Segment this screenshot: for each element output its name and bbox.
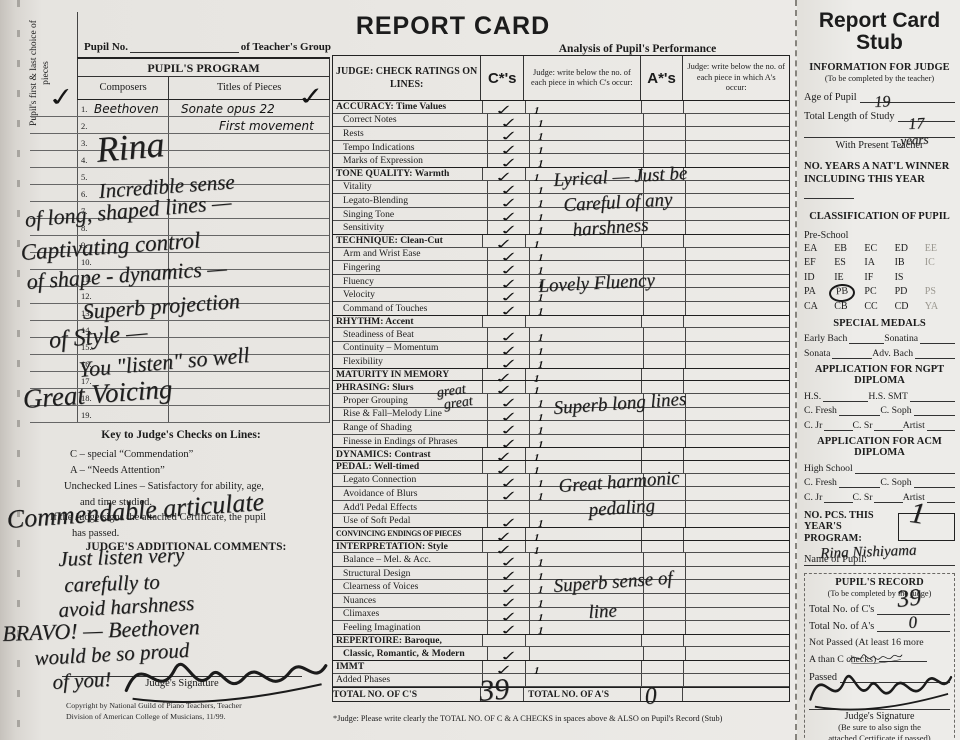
blank-row: High School (804, 462, 955, 474)
piece-number-mark: 1 (538, 519, 544, 530)
c-occur-cell: 1 (525, 381, 641, 393)
margin-rule (30, 100, 77, 116)
row-number: 15. (78, 340, 94, 354)
a-check-cell (643, 408, 685, 421)
piece-number-mark: 1 (538, 293, 544, 304)
rating-label: Fingering (333, 262, 487, 273)
rating-row: Vitality✓1 (333, 181, 789, 195)
piece-number-mark: 1 (534, 545, 540, 556)
margin-rule (30, 406, 77, 422)
c-check-cell: ✓ (487, 580, 529, 593)
a-occur-cell (685, 248, 789, 261)
classification-code: CB (834, 301, 864, 313)
a-occur-cell (685, 355, 789, 368)
piece-number-mark: 1 (538, 132, 544, 143)
blank-line (927, 491, 955, 503)
piece-number-mark: 1 (538, 213, 544, 224)
c-occur-cell: 1 (529, 553, 643, 566)
blank-row-label: Artist (903, 492, 925, 503)
program-row: 13. (30, 304, 329, 321)
title-cell (168, 304, 329, 320)
blank-line (910, 390, 955, 402)
c-check-cell: ✓ (487, 514, 529, 527)
piece-number-mark: 1 (538, 492, 544, 503)
classification-code: IB (895, 257, 925, 269)
a-occur-cell (685, 394, 789, 407)
c-occur-cell: 1 (529, 221, 643, 234)
classification-code: EA (804, 243, 834, 255)
age-line: Age of Pupil (804, 90, 955, 103)
piece-number-mark: 1 (534, 666, 540, 677)
c-occur-cell: 1 (529, 594, 643, 607)
rating-row: Tempo Indications✓1 (333, 141, 789, 155)
classification-code: IE (834, 272, 864, 284)
rating-label: Added Phases (333, 674, 482, 685)
total-c-label: TOTAL NO. OF C'S (333, 689, 480, 700)
rating-label: Finesse in Endings of Phrases (333, 436, 487, 447)
classification-code (925, 272, 955, 284)
blank-row-label: Adv. Bach (872, 348, 913, 359)
row-number: 2. (78, 119, 94, 133)
c-occur-cell: 1 (529, 608, 643, 621)
rating-row: Command of Touches✓1 (333, 302, 789, 316)
c-occur-cell: 1 (529, 435, 643, 448)
a-occur-cell (685, 302, 789, 315)
rating-label: Vitality (333, 181, 487, 192)
a-check-cell (641, 541, 684, 553)
program-row: 1.BeethovenSonate opus 22 (30, 100, 329, 117)
composer-cell: 9. (77, 236, 168, 252)
composer-cell: 3. (77, 134, 168, 150)
c-occur-cell: 1 (529, 580, 643, 593)
a-check-cell (643, 194, 685, 207)
a-occur-cell (685, 342, 789, 355)
key-line: has passed. (72, 526, 334, 542)
title-cell (168, 253, 329, 269)
c-check-cell: ✓ (487, 328, 529, 341)
a-check-cell (641, 316, 684, 328)
rating-label: Singing Tone (333, 209, 487, 220)
rating-label: Continuity – Momentum (333, 342, 487, 353)
rating-row: Balance – Mel. & Acc.✓1 (333, 553, 789, 567)
classification-code: CC (864, 301, 894, 313)
info-for-judge-title: INFORMATION FOR JUDGE (804, 62, 955, 74)
ratings-header-label: JUDGE: CHECK RATINGS ON LINES: (333, 56, 480, 100)
margin-rule (30, 219, 77, 235)
blank-line (915, 347, 955, 359)
program-row: 11. (30, 270, 329, 287)
a-occur-cell (685, 487, 789, 500)
title-cell (168, 372, 329, 388)
c-check-cell: ✓ (482, 448, 525, 460)
c-occur-cell: 1 (525, 461, 641, 473)
blank-row: SonataAdv. Bach (804, 347, 955, 359)
c-occur-cell: 1 (529, 408, 643, 421)
blank-row: C. JrC. SrArtist (804, 491, 955, 503)
c-check-cell: ✓ (487, 594, 529, 607)
record-total-a: Total No. of A's (809, 619, 950, 632)
program-row: 9. (30, 236, 329, 253)
a-occur-cell (685, 553, 789, 566)
rating-row: Singing Tone✓1 (333, 208, 789, 222)
as-column-header: A*'s (640, 56, 683, 100)
rating-label: Marks of Expression (333, 155, 487, 166)
rating-row: Range of Shading✓1 (333, 421, 789, 435)
ratings-header: JUDGE: CHECK RATINGS ON LINES: C*'s Judg… (333, 56, 789, 101)
row-number: 9. (78, 238, 94, 252)
c-check-cell: ✓ (487, 355, 529, 368)
rating-row: Fingering✓1 (333, 261, 789, 275)
rating-label: Command of Touches (333, 303, 487, 314)
name-of-pupil-blank (804, 565, 955, 566)
comments-title: JUDGE'S ADDITIONAL COMMENTS: (28, 541, 344, 553)
blank-row: C. JrC. SrArtist (804, 419, 955, 431)
piece-number-mark: 1 (538, 266, 544, 277)
classification-code: PD (895, 286, 925, 298)
info-note: (To be completed by the teacher) (804, 74, 955, 83)
composer-cell: 4. (77, 151, 168, 167)
a-occur-cell (683, 168, 789, 180)
judge-signature-line: Judge's Signature (62, 676, 302, 689)
copyright-note: Copyright by National Guild of Piano Tea… (66, 701, 306, 723)
a-check-cell (641, 635, 684, 647)
c-occur-cell: 1 (529, 288, 643, 301)
c-check-cell: ✓ (482, 168, 525, 180)
classification-code: IC (925, 257, 955, 269)
margin-rule (30, 372, 77, 388)
blank-line (839, 404, 880, 416)
c-check-cell: ✓ (482, 381, 525, 393)
check-icon: ✓ (498, 488, 519, 505)
piece-number-mark: 1 (538, 307, 544, 318)
row-number: 11. (78, 272, 94, 286)
title-cell (168, 134, 329, 150)
composer-cell: 8. (77, 219, 168, 235)
c-check-cell: ✓ (487, 248, 529, 261)
program-row: 6. (30, 185, 329, 202)
c-check-cell: ✓ (487, 302, 529, 315)
c-check-cell: ✓ (487, 154, 529, 167)
c-check-cell: ✓ (487, 567, 529, 580)
a-occur-cell (685, 261, 789, 274)
a-occur-cell (685, 514, 789, 527)
piece-number-mark: 1 (538, 280, 544, 291)
pcs-box (898, 513, 955, 541)
rating-row: Proper Grouping✓1 (333, 394, 789, 408)
composer-cell: 2. (77, 117, 168, 133)
margin-rule (30, 236, 77, 252)
rating-row: Sensitivity✓1 (333, 221, 789, 235)
a-occur-cell (683, 674, 789, 687)
blank-line (823, 390, 868, 402)
stub-signature-note: (Be sure to also sign the attached Certi… (809, 722, 950, 740)
piece-number-mark: 1 (538, 118, 544, 129)
classification-code: CA (804, 301, 834, 313)
blank-row-label: C. Fresh (804, 405, 837, 416)
ratings-table: JUDGE: CHECK RATINGS ON LINES: C*'s Judg… (332, 55, 790, 702)
margin-rule (30, 338, 77, 354)
piece-number-mark: 1 (538, 226, 544, 237)
a-check-cell (643, 181, 685, 194)
a-check-cell (643, 580, 685, 593)
c-occur-cell (529, 501, 643, 514)
rating-row: Rests✓1 (333, 127, 789, 141)
piece-number-mark: 1 (534, 386, 540, 397)
program-row: 15. (30, 338, 329, 355)
c-check-cell: ✓ (487, 261, 529, 274)
row-number: 10. (78, 255, 94, 269)
title-cell (168, 389, 329, 405)
piece-number-mark: 1 (538, 558, 544, 569)
a-check-cell (643, 553, 685, 566)
title-cell (168, 219, 329, 235)
row-number: 1. (78, 102, 94, 116)
rating-row: IMMT✓1 (333, 660, 789, 674)
a-check-cell (641, 674, 684, 687)
rating-row: TECHNIQUE: Clean-Cut✓1 (333, 234, 789, 248)
a-occur-cell (683, 541, 789, 553)
pupil-no-blank (130, 41, 239, 53)
rating-row: Avoidance of Blurs✓1 (333, 487, 789, 501)
total-a-cell (640, 688, 683, 701)
a-check-cell (643, 302, 685, 315)
key-line: Unchecked Lines – Satisfactory for abili… (64, 479, 334, 495)
rating-row: Arm and Wrist Ease✓1 (333, 248, 789, 262)
check-icon: ✓ (498, 303, 519, 320)
c-check-cell: ✓ (482, 541, 525, 553)
rating-label: Flexibility (333, 356, 487, 367)
blank-row-label: C. Soph (880, 405, 911, 416)
c-occur-cell: 1 (529, 181, 643, 194)
blank-line (914, 476, 955, 488)
c-check-cell: ✓ (487, 342, 529, 355)
c-occur-cell: 1 (529, 248, 643, 261)
blank-row-label: Artist (903, 420, 925, 431)
a-check-cell (641, 369, 684, 381)
c-check-cell: ✓ (487, 647, 529, 660)
row-number: 7. (78, 204, 94, 218)
c-occur-cell: 1 (525, 541, 641, 553)
c-occur-cell: 1 (529, 275, 643, 288)
piece-number-mark: 1 (538, 185, 544, 196)
blank-line (824, 491, 852, 503)
title-cell (168, 202, 329, 218)
program-table: 1.BeethovenSonate opus 222.First movemen… (30, 100, 330, 423)
key-line: C – special “Commendation” (70, 447, 334, 463)
piece-number-mark: 1 (534, 106, 540, 117)
composer-cell: 5. (77, 168, 168, 184)
blank-line (874, 419, 902, 431)
composer-cell: 13. (77, 304, 168, 320)
a-occur-cell (683, 635, 789, 647)
title-cell: Sonate opus 22 (168, 100, 329, 116)
rating-label: Fluency (333, 276, 487, 287)
row-number: 3. (78, 136, 94, 150)
rating-row: Continuity – Momentum✓1 (333, 342, 789, 356)
report-card-scan: Pupil's first & last choice of pieces RE… (0, 0, 960, 740)
piece-number-mark: 1 (538, 440, 544, 451)
a-occur-cell (685, 114, 789, 127)
special-medals-title: SPECIAL MEDALS (804, 318, 955, 330)
titles-header: Titles of Pieces (168, 77, 329, 99)
rating-label: REPERTOIRE: Baroque, (333, 635, 482, 646)
rating-label: Rise & Fall–Melody Line (333, 408, 487, 419)
title-cell (168, 151, 329, 167)
rating-row: Classic, Romantic, & Modern✓ (333, 647, 789, 661)
classification-code: PB (834, 286, 864, 298)
piece-number-mark: 1 (534, 453, 540, 464)
c-occur-cell: 1 (529, 394, 643, 407)
blank-row-label: C. Sr (853, 420, 873, 431)
report-card-stub: Report Card Stub INFORMATION FOR JUDGE (… (795, 0, 960, 740)
title-cell (168, 338, 329, 354)
composers-header: Composers (78, 77, 168, 99)
rating-row: Structural Design✓1 (333, 567, 789, 581)
a-occur-cell (685, 181, 789, 194)
rating-row: Steadiness of Beat✓1 (333, 328, 789, 342)
pupils-record-title: PUPIL'S RECORD (809, 577, 950, 589)
blank-row-label: C. Jr (804, 420, 822, 431)
classification-code: ES (834, 257, 864, 269)
a-occur-cell (685, 647, 789, 660)
key-line: and time studied. (80, 495, 334, 511)
rating-row: TONE QUALITY: Warmth✓1 (333, 167, 789, 181)
blank-row: C. FreshC. Soph (804, 476, 955, 488)
blank-row: H.S.H.S. SMT (804, 390, 955, 402)
pupils-record-note: (To be completed by the judge) (809, 589, 950, 598)
rating-row: INTERPRETATION: Style✓1 (333, 540, 789, 554)
a-occur-cell (685, 435, 789, 448)
pre-school-label: Pre-School (804, 230, 955, 241)
rating-label: Climaxes (333, 608, 487, 619)
record-total-c: Total No. of C's (809, 602, 950, 615)
c-occur-cell: 1 (529, 342, 643, 355)
rating-row: PEDAL: Well-timed✓1 (333, 460, 789, 474)
c-occur-cell: 1 (529, 355, 643, 368)
c-check-cell: ✓ (487, 435, 529, 448)
rating-label: Arm and Wrist Ease (333, 248, 487, 259)
rating-label: Balance – Mel. & Acc. (333, 554, 487, 565)
c-occur-cell (529, 647, 643, 660)
classification-code: IA (864, 257, 894, 269)
rating-label: Tempo Indications (333, 142, 487, 153)
rating-label: PHRASING: Slurs (333, 382, 482, 393)
c-occur-cell: 1 (529, 621, 643, 634)
rating-label: Classic, Romantic, & Modern (333, 648, 487, 659)
ngpt-title: APPLICATION FOR NGPT DIPLOMA (804, 364, 955, 388)
a-check-cell (641, 661, 684, 673)
a-occur-cell (685, 275, 789, 288)
rating-row: MATURITY IN MEMORY✓1 (333, 368, 789, 382)
rating-label: Correct Notes (333, 114, 487, 125)
side-rule (77, 12, 78, 57)
c-check-cell: ✓ (487, 194, 529, 207)
rating-label: Rests (333, 128, 487, 139)
composer-cell: 14. (77, 321, 168, 337)
composer-handwritten: Beethoven (94, 102, 159, 116)
composer-cell: 18. (77, 389, 168, 405)
a-check-cell (643, 275, 685, 288)
a-occur-cell (683, 101, 789, 113)
pupils-record-box: PUPIL'S RECORD (To be completed by the j… (804, 573, 955, 740)
piece-number-mark: 1 (534, 173, 540, 184)
c-check-cell: ✓ (487, 621, 529, 634)
rating-row: Fluency✓1 (333, 275, 789, 289)
piece-number-mark: 1 (538, 399, 544, 410)
age-blank (860, 90, 955, 103)
a-check-cell (641, 461, 684, 473)
hw-comment-2: carefully to (64, 573, 160, 596)
blank-line (914, 404, 955, 416)
c-occur-cell: 1 (529, 474, 643, 487)
piece-number-mark: 1 (538, 360, 544, 371)
c-occur-cell: 1 (529, 328, 643, 341)
blank-line (927, 419, 955, 431)
margin-rule (30, 389, 77, 405)
rating-row: Legato Connection✓1 (333, 474, 789, 488)
rating-label: Legato-Blending (333, 195, 487, 206)
title-cell (168, 355, 329, 371)
rating-label: RHYTHM: Accent (333, 316, 482, 327)
classification-code: ID (804, 272, 834, 284)
program-row: 4. (30, 151, 329, 168)
row-number: 17. (78, 374, 94, 388)
a-check-cell (643, 248, 685, 261)
c-check-cell: ✓ (487, 608, 529, 621)
rating-label: Velocity (333, 289, 487, 300)
composer-cell: 17. (77, 372, 168, 388)
rating-row: Finesse in Endings of Phrases✓1 (333, 435, 789, 449)
blank-row-label: H.S. (804, 391, 821, 402)
c-check-cell: ✓ (487, 208, 529, 221)
study-line: Total Length of Study (804, 109, 955, 122)
piece-number-mark: 1 (538, 333, 544, 344)
rating-label: Avoidance of Blurs (333, 488, 487, 499)
a-occur-cell (683, 448, 789, 460)
program-row: 10. (30, 253, 329, 270)
rating-label: DYNAMICS: Contrast (333, 449, 482, 460)
a-check-cell (643, 261, 685, 274)
title-handwritten: Sonate opus 22 (181, 102, 275, 116)
classification-code: EB (834, 243, 864, 255)
margin-rule (30, 270, 77, 286)
a-occur-cell (683, 661, 789, 673)
rating-row: PHRASING: Slurs✓1 (333, 380, 789, 394)
a-check-cell (643, 435, 685, 448)
a-occur-cell (685, 208, 789, 221)
page-title: REPORT CARD (322, 12, 584, 41)
a-check-cell (643, 154, 685, 167)
a-occur-cell (685, 594, 789, 607)
row-number: 5. (78, 170, 94, 184)
row-number: 16. (78, 357, 94, 371)
rating-label: CONVINCING ENDINGS OF PIECES (333, 529, 482, 538)
margin-rule (30, 151, 77, 167)
rating-row: DYNAMICS: Contrast✓1 (333, 447, 789, 461)
composer-cell: 11. (77, 270, 168, 286)
a-occur-cell (685, 154, 789, 167)
c-check-cell: ✓ (487, 408, 529, 421)
c-check-cell: ✓ (482, 101, 525, 113)
check-icon: ✓ (494, 662, 515, 679)
program-row: 19. (30, 406, 329, 423)
natl-blank (804, 187, 854, 199)
rating-row: ACCURACY: Time Values✓1 (333, 100, 789, 114)
a-occur-cell (685, 328, 789, 341)
margin-rule (30, 253, 77, 269)
piece-number-mark: 1 (538, 252, 544, 263)
a-check-cell (641, 168, 684, 180)
